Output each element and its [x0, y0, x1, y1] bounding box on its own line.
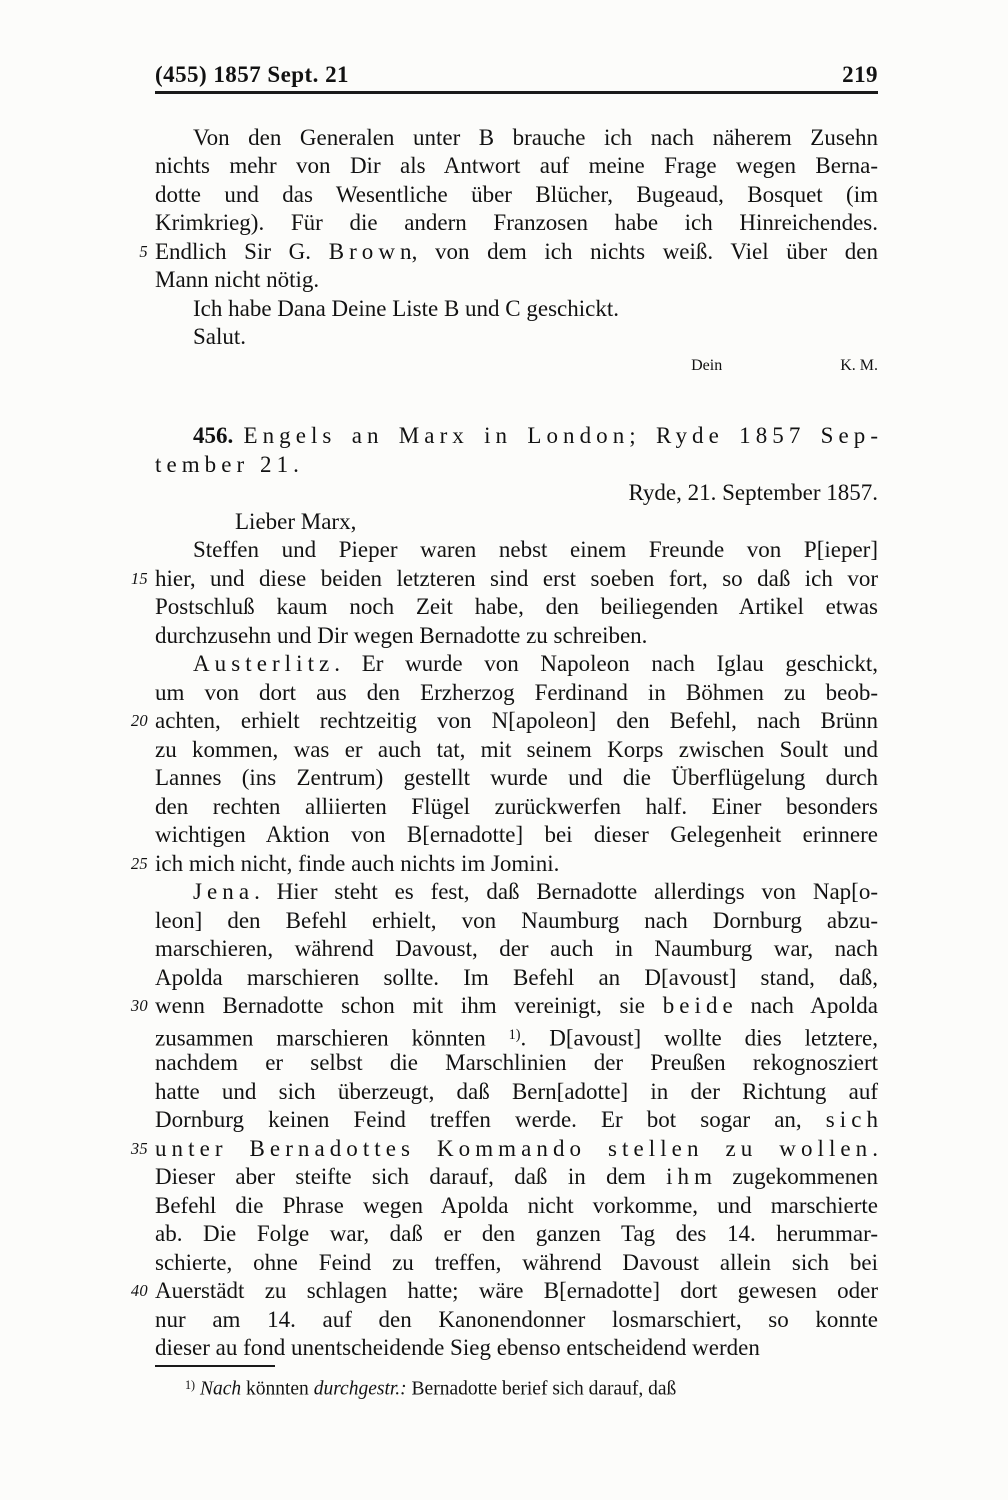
text-segment: Er wurde von Napoleon nach Iglau geschic… — [340, 651, 878, 676]
text-segment: hier, und diese beiden letzteren sind er… — [155, 566, 878, 591]
text-line: leon] den Befehl erhielt, von Naumburg n… — [155, 907, 878, 936]
text-segment: nichts mehr von Dir als Antwort auf mein… — [155, 153, 878, 178]
text-segment: um von dort aus den Erzherzog Ferdinand … — [155, 680, 878, 705]
margin-line-number: 25 — [131, 850, 148, 879]
text-segment: dotte und das Wesentliche über Blücher, … — [155, 182, 878, 207]
entry-456-heading: 456. Engels an Marx in London; Ryde 1857… — [155, 422, 878, 479]
text-line: marschieren, während Davoust, der auch i… — [155, 935, 878, 964]
text-segment: tember 21. — [155, 452, 304, 477]
text-line: Von den Generalen unter B brauche ich na… — [155, 124, 878, 153]
text-segment: zu kommen, was er auch tat, mit seinem K… — [155, 737, 878, 762]
text-line: nur am 14. auf den Kanonendonner losmars… — [155, 1306, 878, 1335]
text-segment: nur am 14. auf den Kanonendonner losmars… — [155, 1307, 878, 1332]
text-segment: , von dem ich nichts weiß. Viel über den — [412, 239, 878, 264]
text-line: um von dort aus den Erzherzog Ferdinand … — [155, 679, 878, 708]
text-segment: wichtigen Aktion von B[ernadotte] bei di… — [155, 822, 878, 847]
text-line: 25ich mich nicht, finde auch nichts im J… — [155, 850, 878, 879]
text-segment: dieser au fond unentscheidende Sieg eben… — [155, 1335, 760, 1360]
text-segment: nach Apolda — [733, 993, 878, 1018]
text-line: 1) Nach könnten durchgestr.: Bernadotte … — [155, 1372, 878, 1398]
text-line: tember 21. — [155, 451, 878, 480]
text-line: Steffen und Pieper waren nebst einem Fre… — [155, 536, 878, 565]
text-segment: zusammen marschieren könnten — [155, 1025, 509, 1050]
text-line: dotte und das Wesentliche über Blücher, … — [155, 181, 878, 210]
text-line: 5Endlich Sir G. Brown, von dem ich nicht… — [155, 238, 878, 267]
text-segment: Krimkrieg). Für die andern Franzosen hab… — [155, 210, 878, 235]
text-segment: durchzusehn und Dir wegen Bernadotte zu … — [155, 623, 647, 648]
margin-line-number: 5 — [139, 238, 148, 267]
text-segment: Mann nicht nötig. — [155, 267, 319, 292]
text-line: Mann nicht nötig. — [155, 266, 878, 295]
text-line: Salut. — [155, 323, 878, 352]
book-page: (455) 1857 Sept. 21 219 Von den Generale… — [0, 0, 1008, 1500]
text-segment: Befehl die Phrase wegen Apolda nicht vor… — [155, 1193, 878, 1218]
text-segment: Dieser aber steifte sich darauf, daß in … — [155, 1164, 666, 1189]
text-line: 35unter Bernadottes Kommando stellen zu … — [155, 1135, 878, 1164]
running-head-entry-date: (455) 1857 Sept. 21 — [155, 62, 349, 88]
text-line: Postschluß kaum noch Zeit habe, den beil… — [155, 593, 878, 622]
margin-line-number: 40 — [131, 1277, 148, 1306]
text-segment: 1) — [509, 1027, 521, 1043]
text-segment — [233, 423, 243, 448]
text-line: Ich habe Dana Deine Liste B und C geschi… — [155, 295, 878, 324]
letter-455-body: Von den Generalen unter B brauche ich na… — [155, 124, 878, 352]
text-segment: achten, erhielt rechtzeitig von N[apoleo… — [155, 708, 878, 733]
text-segment: nachdem er selbst die Marschlinien der P… — [155, 1050, 878, 1075]
text-segment: Salut. — [193, 324, 246, 349]
text-segment: beide — [663, 993, 738, 1018]
text-segment: leon] den Befehl erhielt, von Naumburg n… — [155, 908, 878, 933]
footnote: 1) Nach könnten durchgestr.: Bernadotte … — [155, 1372, 878, 1398]
margin-line-number: 15 — [131, 565, 148, 594]
text-segment: den rechten alliierten Flügel zurückwerf… — [155, 794, 878, 819]
letter-456-dateline: Ryde, 21. September 1857. — [155, 479, 878, 508]
text-segment: hatte und sich überzeugt, daß Bern[adott… — [155, 1079, 878, 1104]
text-segment: Nach — [200, 1378, 241, 1399]
text-segment: ich mich nicht, finde auch nichts im Jom… — [155, 851, 559, 876]
margin-line-number: 20 — [131, 707, 148, 736]
text-line: durchzusehn und Dir wegen Bernadotte zu … — [155, 622, 878, 651]
text-line: Jena. Hier steht es fest, daß Bernadotte… — [155, 878, 878, 907]
letter-456: Ryde, 21. September 1857. Lieber Marx, S… — [155, 479, 878, 1363]
text-segment: Hier steht es fest, daß Bernadotte aller… — [260, 879, 878, 904]
margin-line-number: 30 — [131, 992, 148, 1021]
text-segment: Jena. — [193, 879, 265, 904]
text-segment: 1) — [185, 1378, 195, 1392]
text-line: Austerlitz. Er wurde von Napoleon nach I… — [155, 650, 878, 679]
text-column: (455) 1857 Sept. 21 219 Von den Generale… — [155, 62, 878, 1398]
text-segment: wenn Bernadotte schon mit ihm vereinigt,… — [155, 993, 663, 1018]
page-number: 219 — [842, 62, 878, 88]
text-segment: Ich habe Dana Deine Liste B und C geschi… — [193, 296, 619, 321]
text-segment: Endlich Sir G. — [155, 239, 329, 264]
text-line: Krimkrieg). Für die andern Franzosen hab… — [155, 209, 878, 238]
text-segment: marschieren, während Davoust, der auch i… — [155, 936, 878, 961]
text-segment: zugekommenen — [712, 1164, 878, 1189]
text-line: Dornburg keinen Feind treffen werde. Er … — [155, 1106, 878, 1135]
text-segment: durchgestr.: — [314, 1378, 407, 1399]
text-line: schierte, ohne Feind zu treffen, während… — [155, 1249, 878, 1278]
text-segment: unter Bernadottes Kommando stellen zu wo… — [155, 1136, 883, 1161]
text-segment: sich — [826, 1107, 883, 1132]
letter-456-body: Steffen und Pieper waren nebst einem Fre… — [155, 536, 878, 1363]
text-line: Apolda marschieren sollte. Im Befehl an … — [155, 964, 878, 993]
margin-line-number: 35 — [131, 1135, 148, 1164]
letter-456-salutation: Lieber Marx, — [155, 508, 878, 537]
text-segment: ab. Die Folge war, daß er den ganzen Tag… — [155, 1221, 878, 1246]
header-rule — [155, 91, 878, 94]
text-segment: ihm — [666, 1164, 717, 1189]
text-line: 20achten, erhielt rechtzeitig von N[apol… — [155, 707, 878, 736]
signature-closing: Dein — [691, 352, 722, 381]
text-segment: Lannes (ins Zentrum) gestellt wurde und … — [155, 765, 878, 790]
letter-455-signature: Dein K. M. — [155, 352, 878, 381]
text-line: Befehl die Phrase wegen Apolda nicht vor… — [155, 1192, 878, 1221]
text-segment: Von den Generalen unter B brauche ich na… — [193, 125, 878, 150]
text-line: 456. Engels an Marx in London; Ryde 1857… — [155, 422, 878, 451]
text-segment: Austerlitz. — [193, 651, 345, 676]
text-segment: schierte, ohne Feind zu treffen, während… — [155, 1250, 878, 1275]
text-line: zusammen marschieren könnten 1). D[avous… — [155, 1021, 878, 1050]
text-line: 30wenn Bernadotte schon mit ihm vereinig… — [155, 992, 878, 1021]
text-segment: Auerstädt zu schlagen hatte; wäre B[erna… — [155, 1278, 878, 1303]
text-line: wichtigen Aktion von B[ernadotte] bei di… — [155, 821, 878, 850]
text-line: den rechten alliierten Flügel zurückwerf… — [155, 793, 878, 822]
signature-initials: K. M. — [840, 352, 878, 381]
text-segment: . D[avoust] wollte dies letztere, — [521, 1025, 878, 1050]
text-segment: Postschluß kaum noch Zeit habe, den beil… — [155, 594, 878, 619]
footnote-rule — [155, 1365, 275, 1367]
text-line: ab. Die Folge war, daß er den ganzen Tag… — [155, 1220, 878, 1249]
text-line: 15hier, und diese beiden letzteren sind … — [155, 565, 878, 594]
text-segment: Engels an Marx in London; Ryde 1857 Sep- — [243, 423, 883, 448]
text-line: zu kommen, was er auch tat, mit seinem K… — [155, 736, 878, 765]
text-segment: 456. — [193, 423, 233, 448]
text-segment: könnten — [241, 1378, 314, 1399]
running-head: (455) 1857 Sept. 21 219 — [155, 62, 878, 88]
text-line: 40Auerstädt zu schlagen hatte; wäre B[er… — [155, 1277, 878, 1306]
text-line: Dieser aber steifte sich darauf, daß in … — [155, 1163, 878, 1192]
text-line: dieser au fond unentscheidende Sieg eben… — [155, 1334, 878, 1363]
text-line: hatte und sich überzeugt, daß Bern[adott… — [155, 1078, 878, 1107]
text-segment: Bernadotte berief sich darauf, daß — [407, 1378, 677, 1399]
text-segment: Steffen und Pieper waren nebst einem Fre… — [193, 537, 878, 562]
text-segment: Apolda marschieren sollte. Im Befehl an … — [155, 965, 878, 990]
text-segment: Brown — [329, 239, 417, 264]
text-line: Lannes (ins Zentrum) gestellt wurde und … — [155, 764, 878, 793]
text-line: nichts mehr von Dir als Antwort auf mein… — [155, 152, 878, 181]
text-segment: Dornburg keinen Feind treffen werde. Er … — [155, 1107, 826, 1132]
text-line: nachdem er selbst die Marschlinien der P… — [155, 1049, 878, 1078]
